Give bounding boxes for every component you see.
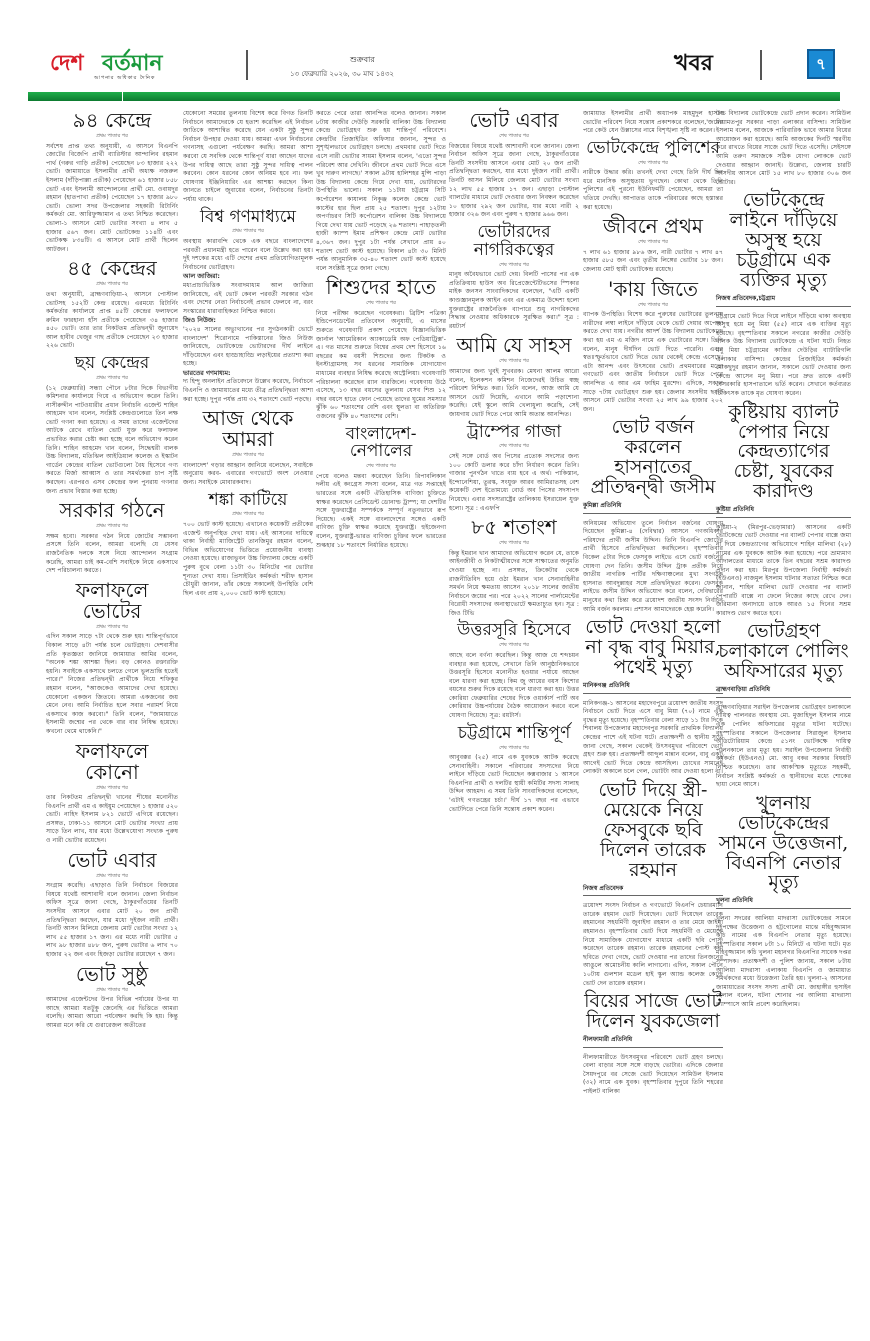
article-body: অনিয়মের অভিযোগ তুলে নির্বাচন বর্জনের ঘো… [583, 520, 723, 615]
article-headline[interactable]: ছয় কেন্দ্রের [46, 355, 178, 373]
article-text: ব্যাপক উপস্থিতি। বিশেষ করে পুরুষের ভোটার… [583, 311, 723, 414]
article-headline[interactable]: বিয়ের সাজে ভোট দিলেন যুবকজেলা [583, 992, 723, 1032]
article-body: নিয়ে পরীক্ষা করেছেন গবেষকরা। ব্রিটিশ পত… [316, 310, 446, 422]
continuation-label: শেষ পাতার পর [449, 442, 579, 451]
article: আমি যে সাহসশেষ পাতার পরআমাদের জন্য খুবই … [449, 335, 579, 419]
article: ছয় কেন্দ্রেরপ্রথম পাতার পর(১২ ফেব্রুয়া… [46, 355, 178, 496]
article-text: অনিয়মের অভিযোগ তুলে নির্বাচন বর্জনের ঘো… [583, 520, 723, 615]
issue-day: শুক্রবার [350, 54, 375, 67]
article-text: জামায়াত ইসলামীর প্রার্থী অধ্যাপক মাহমুদ… [583, 110, 723, 136]
article-text: মানিকগঞ্জ-১ আসনের মহাদেবপুরে ত্রয়োদশ জা… [583, 700, 723, 777]
article-headline[interactable]: ভোটগ্রহণ চলাকালে পোলিং অফিসারের মৃত্যু [716, 622, 851, 682]
article-headline[interactable]: বাংলাদেশ-নেপালের [316, 426, 446, 462]
article-headline[interactable]: খুলনায় ভোটকেন্দ্রের সামনে উত্তেজনা, বিএ… [716, 794, 851, 894]
continuation-label: শেষ পাতার পর [449, 539, 579, 548]
continuation-label: শেষ পাতার পর [449, 641, 579, 650]
article-body: আমাদের জন্য খুবই সুখবরক। মেঘনা আলম আরো ব… [449, 368, 579, 420]
article-headline[interactable]: ভোট সুষ্ঠু [46, 964, 178, 985]
subsection-text: '২০২৪ সালের অভ্যুত্থানের পর সুগঠনকারী ভো… [183, 326, 313, 369]
article: ৪৫ কেন্দ্রেরপ্রথম পাতার পরতথ্য অনুযায়ী,… [46, 258, 178, 351]
article: ভোটগ্রহণ চলাকালে পোলিং অফিসারের মৃত্যুব্… [716, 622, 851, 789]
article-text: সক্ষম হবো। সরকার গঠন নিয়ে জোটের সম্ভাবন… [46, 533, 178, 576]
article: জামায়াত ইসলামীর প্রার্থী অধ্যাপক মাহমুদ… [583, 110, 723, 136]
column-5: জামায়াত ইসলামীর প্রার্থী অধ্যাপক মাহমুদ… [583, 110, 723, 1101]
article-body: পেয়ে বলেও মন্তব্য করেছেন তিনি। রিপাবলিক… [316, 473, 446, 550]
article: ভোট এবারপ্রথম পাতার পরসংগ্রাম করেছি। এছা… [46, 850, 178, 960]
article-text: মানুষ অবৈধভাবে ভোট দেয়। বিলটি পাসের পর … [449, 271, 579, 331]
continuation-label: শেষ পাতার পর [583, 159, 723, 168]
article: 'কায় জিতেশেষ পাতার পরব্যাপক উপস্থিতি। ব… [583, 279, 723, 415]
continuation-label: প্রথম পাতার পর [46, 784, 178, 793]
continuation-label: প্রথম পাতার পর [46, 132, 178, 141]
continuation-label: শেষ পাতার পর [449, 132, 579, 141]
article: শঙ্কা কাটিয়েপ্রথম পাতার পর৭০০ ভোট কাস্ট… [183, 492, 313, 599]
article-text: আমাদের এজেন্টদের উপর বিভিন্ন পর্যায়ের উ… [46, 996, 178, 1030]
article: আজ থেকে আমরাপ্রথম পাতার পরবাংলাদেশ' গড়া… [183, 408, 313, 487]
article-headline[interactable]: সরকার গঠনে [46, 500, 178, 521]
continuation-label: প্রথম পাতার পর [46, 872, 178, 881]
newspaper-page: দেশ বর্তমান আপনার অধিকার দৈনিক শুক্রবার … [0, 0, 870, 1341]
article-headline[interactable]: আমি যে সাহস [449, 335, 579, 356]
article-headline[interactable]: ভোট এবার [46, 850, 178, 871]
article-byline: ব্রাহ্মণবাড়িয়া প্রতিনিধি [716, 686, 851, 698]
column-2: যেকোনো সময়ের তুলনায় বিশেষ করে বিগত তিন… [183, 110, 313, 602]
article: করতে পেরে তারা আনন্দিত বলেও জানান। সকাল … [316, 110, 446, 273]
article-text: ৭ লাখ ৬১ হাজার ৯৮৬ জন, নারী ভোটার ৭ লাখ … [583, 249, 723, 275]
article-body: মানুষ অবৈধভাবে ভোট দেয়। বিলটি পাসের পর … [449, 271, 579, 331]
continuation-label: প্রথম পাতার পর [183, 510, 313, 519]
article-headline[interactable]: আজ থেকে আমরা [183, 408, 313, 450]
column-4: ভোট এবারশেষ পাতার পরবিজয়ের বিষয়ে যথেষ্… [449, 110, 579, 818]
article: ফলাফলে ভোটেরপ্রথম পাতার পরএদিন সকাল সাড়… [46, 580, 178, 737]
subsection-text: মধ্যপ্রাচ্যভিত্তিক সংবাদমাধ্যম আল জাজিরা… [183, 282, 313, 316]
article: বাংলাদেশ-নেপালেরশেষ পাতার পরপেয়ে বলেও ম… [316, 426, 446, 551]
article-byline: নিজস্ব প্রতিবেদক [583, 885, 723, 897]
article-headline[interactable]: ৮৫ শতাংশ [449, 517, 579, 538]
article-body: নীলফামারীতে উৎসবমুখর পরিবেশে ভোট গ্রহণ চ… [583, 1054, 723, 1097]
article-headline[interactable]: উত্তরসূরি হিসেবে [449, 622, 579, 640]
article-body: এদিন সকাল সাড়ে ৭টা থেকে শুরু হয়। শান্ত… [46, 633, 178, 736]
continuation-label: প্রথম পাতার পর [183, 227, 313, 236]
article-headline[interactable]: ভোট বর্জন করলেন হাসনাতের প্রতিদ্বন্দ্বী … [583, 418, 723, 498]
continuation-label: শেষ পাতার পর [583, 301, 723, 310]
article-headline[interactable]: কুষ্টিয়ায় ব্যালট পেপার নিয়ে কেন্দ্রত্… [716, 403, 851, 503]
masthead-divider [760, 50, 762, 80]
article: বিশ্ব গণমাধ্যমেপ্রথম পাতার পরঅবস্থায় কা… [183, 209, 313, 405]
continuation-label: শেষ পাতার পর [449, 261, 579, 270]
article: ভোট বর্জন করলেন হাসনাতের প্রতিদ্বন্দ্বী … [583, 418, 723, 614]
article-text: নারীকে উদ্ধার করি। তখনই দেখা গেছে তিনি দ… [583, 169, 723, 212]
article-body: বাংলাদেশ' গড়ার আহ্বান জানিয়ে বলেছেন, স… [183, 462, 313, 488]
article: সরকার গঠনেপ্রথম পাতার পরসক্ষম হবো। সরকার… [46, 500, 178, 576]
article-byline: কুষ্টিয়া প্রতিনিধি [716, 506, 851, 518]
article-body: জামায়াত ইসলামীর প্রার্থী অধ্যাপক মাহমুদ… [583, 110, 723, 136]
article-body: তার নিকটতম প্রতিদ্বন্দ্বী খানের শীষের মন… [46, 794, 178, 846]
article: ভোটকেন্দ্রে পুলিশেরশেষ পাতার পরনারীকে উদ… [583, 140, 723, 212]
article: ভোটারদের নাগরিকত্বেরশেষ পাতার পরমানুষ অব… [449, 224, 579, 331]
article-text: ত্রয়োদশ সংসদ নির্বাচন ও গণভোটে বিএনপি চ… [583, 902, 723, 988]
article-text: সংগ্রাম করেছি। এছাড়াও তিনি নির্বাচনে বি… [46, 882, 178, 959]
article-headline[interactable]: জীবনে প্রথম [583, 216, 723, 237]
article: যেকোনো সময়ের তুলনায় বিশেষ করে বিগত তিন… [183, 110, 313, 205]
article-text: আমাদের জন্য খুবই সুখবরক। মেঘনা আলম আরো ব… [449, 368, 579, 420]
article-body: তথ্য অনুযায়ী, ব্রাহ্মণবাড়িয়া-২ আসনে প… [46, 291, 178, 351]
article-body: ৭০০ ভোট কাস্ট হয়েছে। এখানেও কয়েকটি প্র… [183, 521, 313, 598]
article-headline[interactable]: চট্টগ্রামে শান্তিপূর্ণ [449, 725, 579, 743]
article-headline[interactable]: ভোটকেন্দ্রে পুলিশের [583, 140, 723, 158]
continuation-label: প্রথম পাতার পর [46, 986, 178, 995]
article-text: আছে বলে বর্ণনা করেছিল। কিন্তু আজ যে শব্দ… [449, 652, 579, 721]
article-text: চট্টগ্রামে ভোট দিতে গিয়ে লাইনে দাঁড়িয়… [716, 313, 851, 399]
header-green-bar [28, 92, 840, 101]
article-headline[interactable]: ভোট দেওয়া হলো না বৃদ্ধ বাবু মিয়ার, পথে… [583, 618, 723, 678]
article: ফলাফলে কোনোপ্রথম পাতার পরতার নিকটতম প্রত… [46, 741, 178, 846]
article-body: বিজয়ের বিষয়ে যথেষ্ট আশাবাদী বলে জানান।… [449, 143, 579, 220]
article-text: উচ্চ বিদ্যালয় ভোটকেন্দ্রে ভোট প্রদান কর… [716, 110, 851, 187]
article: ভোট সুষ্ঠুপ্রথম পাতার পরআমাদের এজেন্টদের… [46, 964, 178, 1031]
article: ভোট দেওয়া হলো না বৃদ্ধ বাবু মিয়ার, পথে… [583, 618, 723, 777]
continuation-label: প্রথম পাতার পর [46, 280, 178, 289]
article-body: আছে বলে বর্ণনা করেছিল। কিন্তু আজ যে শব্দ… [449, 652, 579, 721]
article-headline[interactable]: ট্রাম্পের গাজা [449, 424, 579, 442]
article-byline: মানিকগঞ্জ প্রতিনিধি [583, 682, 723, 694]
article-body: ত্রয়োদশ সংসদ নির্বাচন ও গণভোটে বিএনপি চ… [583, 902, 723, 988]
subsection-text: দ্য হিন্দু অনলাইন প্রতিবেদনে উল্লেখ করেছ… [183, 378, 313, 404]
article-body: সক্ষম হবো। সরকার গঠন নিয়ে জোটের সম্ভাবন… [46, 533, 178, 576]
continuation-label: প্রথম পাতার পর [46, 623, 178, 632]
article-body: ৭ লাখ ৬১ হাজার ৯৮৬ জন, নারী ভোটার ৭ লাখ … [583, 249, 723, 275]
article-text: ৭০০ ভোট কাস্ট হয়েছে। এখানেও কয়েকটি প্র… [183, 521, 313, 598]
article: ৮৫ শতাংশশেষ পাতার পরকিন্তু ইমরান খান আমা… [449, 517, 579, 618]
article-body: সর্বশেষ প্রাপ্ত তথ্য অনুযায়ী, এ আসনে বি… [46, 143, 178, 255]
article-byline: খুলনা প্রতিনিধি [716, 897, 851, 909]
article-body: উচ্চ বিদ্যালয় ভোটকেন্দ্রে ভোট প্রদান কর… [716, 110, 851, 187]
continuation-label: শেষ পাতার পর [583, 238, 723, 247]
article: ট্রাম্পের গাজাশেষ পাতার পরসেই সঙ্গে বোর্… [449, 424, 579, 514]
continuation-label: শেষ পাতার পর [316, 299, 446, 308]
article-text: নীলফামারীতে উৎসবমুখর পরিবেশে ভোট গ্রহণ চ… [583, 1054, 723, 1097]
masthead: দেশ বর্তমান আপনার অধিকার দৈনিক শুক্রবার … [30, 40, 840, 92]
continuation-label: প্রথম পাতার পর [46, 374, 178, 383]
subsection-title: জিও নিউজ: [183, 317, 313, 326]
article-body: যেকোনো সময়ের তুলনায় বিশেষ করে বিগত তিন… [183, 110, 313, 205]
article-body: নারীকে উদ্ধার করি। তখনই দেখা গেছে তিনি দ… [583, 169, 723, 212]
continuation-label: শেষ পাতার পর [316, 462, 446, 471]
article-text: তথ্য অনুযায়ী, ব্রাহ্মণবাড়িয়া-২ আসনে প… [46, 291, 178, 351]
article-text: ব্রাহ্মণবাড়িয়ার সরাইল উপজেলায় ভোটগ্রহ… [716, 704, 851, 790]
logo-desh: দেশ [50, 46, 84, 83]
article: বিয়ের সাজে ভোট দিলেন যুবকজেলানীলফামারী … [583, 992, 723, 1096]
logo-tagline: আপনার অধিকার দৈনিক [94, 75, 155, 83]
column-1: ৯৪ কেন্দ্রেপ্রথম পাতার পরসর্বশেষ প্রাপ্ত… [46, 110, 178, 1035]
article: শিশুদের হাতেশেষ পাতার পরনিয়ে পরীক্ষা কর… [316, 277, 446, 421]
subsection-title: আল জাজিরা: [183, 273, 313, 282]
article-body: আমাদের এজেন্টদের উপর বিভিন্ন পর্যায়ের উ… [46, 996, 178, 1030]
article-body: সংগ্রাম করেছি। এছাড়াও তিনি নির্বাচনে বি… [46, 882, 178, 959]
column-6: উচ্চ বিদ্যালয় ভোটকেন্দ্রে ভোট প্রদান কর… [716, 110, 851, 1014]
article: খুলনায় ভোটকেন্দ্রের সামনে উত্তেজনা, বিএ… [716, 794, 851, 1010]
article-text: অবস্থায় কারাবন্দি থেকে এক বছরে বাংলাদেশ… [183, 238, 313, 272]
article-body: কিন্তু ইমরান খান আমাদের অভিযোগ করেন যে, … [449, 550, 579, 619]
masthead-divider [246, 50, 248, 80]
article-headline[interactable]: ভোটকেন্দ্রে লাইনে দাঁড়িয়ে অসুস্থ হয়ে … [716, 191, 851, 291]
article-headline[interactable]: ৪৫ কেন্দ্রের [46, 258, 178, 279]
article-text: তার নিকটতম প্রতিদ্বন্দ্বী খানের শীষের মন… [46, 794, 178, 846]
article-text: কিন্তু ইমরান খান আমাদের অভিযোগ করেন যে, … [449, 550, 579, 619]
article: উচ্চ বিদ্যালয় ভোটকেন্দ্রে ভোট প্রদান কর… [716, 110, 851, 187]
article-byline: নীলফামারী প্রতিনিধি [583, 1036, 723, 1048]
column-3: করতে পেরে তারা আনন্দিত বলেও জানান। সকাল … [316, 110, 446, 554]
article: চট্টগ্রামে শান্তিপূর্ণশেষ পাতার পরআবুবক্… [449, 725, 579, 815]
article-headline[interactable]: শঙ্কা কাটিয়ে [183, 492, 313, 510]
article: কুষ্টিয়ায় ব্যালট পেপার নিয়ে কেন্দ্রত্… [716, 403, 851, 619]
article-text: করতে পেরে তারা আনন্দিত বলেও জানান। সকাল … [316, 110, 446, 273]
article-body: চট্টগ্রামে ভোট দিতে গিয়ে লাইনে দাঁড়িয়… [716, 313, 851, 399]
article-text: সর্বশেষ প্রাপ্ত তথ্য অনুযায়ী, এ আসনে বি… [46, 143, 178, 255]
article-body: করতে পেরে তারা আনন্দিত বলেও জানান। সকাল … [316, 110, 446, 273]
article-body: ব্যাপক উপস্থিতি। বিশেষ করে পুরুষের ভোটার… [583, 311, 723, 414]
article-body: আবুবক্কর (২৫) নামে এক যুবককে আটক করেছে স… [449, 754, 579, 814]
page-number-badge: ৭ [807, 49, 835, 79]
article-body: খুলনা সদরের আলিয়া মাদরাসা ভোটকেন্দ্রের … [716, 915, 851, 1010]
article-headline[interactable]: ফলাফলে কোনো [46, 741, 178, 783]
article-text: (১২ ফেব্রুয়ারি) সন্ধ্যা পৌনে ৮টার দিকে … [46, 385, 178, 497]
article-headline[interactable]: শিশুদের হাতে [316, 277, 446, 298]
issue-date: ১৩ ফেব্রুয়ারি ২০২৬, ৩০ মাঘ ১৪৩২ [290, 68, 394, 80]
article: ভোট দিয়ে স্ত্রী-মেয়েকে নিয়ে ফেসবুকে ছ… [583, 781, 723, 988]
article-headline[interactable]: ভোটারদের নাগরিকত্বের [449, 224, 579, 260]
article-body: মানিকগঞ্জ-১ আসনের মহাদেবপুরে ত্রয়োদশ জা… [583, 700, 723, 777]
article-text: যেকোনো সময়ের তুলনায় বিশেষ করে বিগত তিন… [183, 110, 313, 205]
continuation-label: শেষ পাতার পর [449, 744, 579, 753]
article: জীবনে প্রথমশেষ পাতার পর৭ লাখ ৬১ হাজার ৯৮… [583, 216, 723, 274]
article-text: বিজয়ের বিষয়ে যথেষ্ট আশাবাদী বলে জানান।… [449, 143, 579, 220]
continuation-label: শেষ পাতার পর [449, 357, 579, 366]
article-headline[interactable]: ফলাফলে ভোটের [46, 580, 178, 622]
article-text: বাংলাদেশ' গড়ার আহ্বান জানিয়ে বলেছেন, স… [183, 462, 313, 488]
article-headline[interactable]: ভোট দিয়ে স্ত্রী-মেয়েকে নিয়ে ফেসবুকে ছ… [583, 781, 723, 881]
article-text: নিয়ে পরীক্ষা করেছেন গবেষকরা। ব্রিটিশ পত… [316, 310, 446, 422]
article-body: ব্রাহ্মণবাড়িয়ার সরাইল উপজেলায় ভোটগ্রহ… [716, 704, 851, 790]
article-headline[interactable]: ৯৪ কেন্দ্রে [46, 110, 178, 131]
article: ৯৪ কেন্দ্রেপ্রথম পাতার পরসর্বশেষ প্রাপ্ত… [46, 110, 178, 254]
article-headline[interactable]: বিশ্ব গণমাধ্যমে [183, 209, 313, 227]
article-body: কুষ্টিয়া-২ (মিরপুর-ভেড়ামারা) আসনের একট… [716, 524, 851, 619]
article-body: সেই সঙ্গে বোর্ড অব পিসের প্রত্যেক সদস্যে… [449, 453, 579, 513]
section-title: খবর [674, 46, 713, 83]
article-byline: নিজস্ব প্রতিবেদক,চট্টগ্রাম [716, 295, 851, 307]
article-headline[interactable]: ভোট এবার [449, 110, 579, 131]
continuation-label: প্রথম পাতার পর [183, 451, 313, 460]
article: ভোট এবারশেষ পাতার পরবিজয়ের বিষয়ে যথেষ্… [449, 110, 579, 220]
article: উত্তরসূরি হিসেবেশেষ পাতার পরআছে বলে বর্ণ… [449, 622, 579, 720]
article-body: (১২ ফেব্রুয়ারি) সন্ধ্যা পৌনে ৮টার দিকে … [46, 385, 178, 497]
article-text: আবুবক্কর (২৫) নামে এক যুবককে আটক করেছে স… [449, 754, 579, 814]
article-text: পেয়ে বলেও মন্তব্য করেছেন তিনি। রিপাবলিক… [316, 473, 446, 550]
article-byline: কুমিল্লা প্রতিনিধি [583, 502, 723, 514]
article-text: সেই সঙ্গে বোর্ড অব পিসের প্রত্যেক সদস্যে… [449, 453, 579, 513]
article-headline[interactable]: 'কায় জিতে [583, 279, 723, 300]
article-text: এদিন সকাল সাড়ে ৭টা থেকে শুরু হয়। শান্ত… [46, 633, 178, 736]
article-text: কুষ্টিয়া-২ (মিরপুর-ভেড়ামারা) আসনের একট… [716, 524, 851, 619]
newspaper-logo[interactable]: দেশ বর্তমান আপনার অধিকার দৈনিক [50, 46, 200, 88]
continuation-label: প্রথম পাতার পর [46, 522, 178, 531]
article-body: অবস্থায় কারাবন্দি থেকে এক বছরে বাংলাদেশ… [183, 238, 313, 404]
article: ভোটকেন্দ্রে লাইনে দাঁড়িয়ে অসুস্থ হয়ে … [716, 191, 851, 398]
article-text: খুলনা সদরের আলিয়া মাদরাসা ভোটকেন্দ্রের … [716, 915, 851, 1010]
